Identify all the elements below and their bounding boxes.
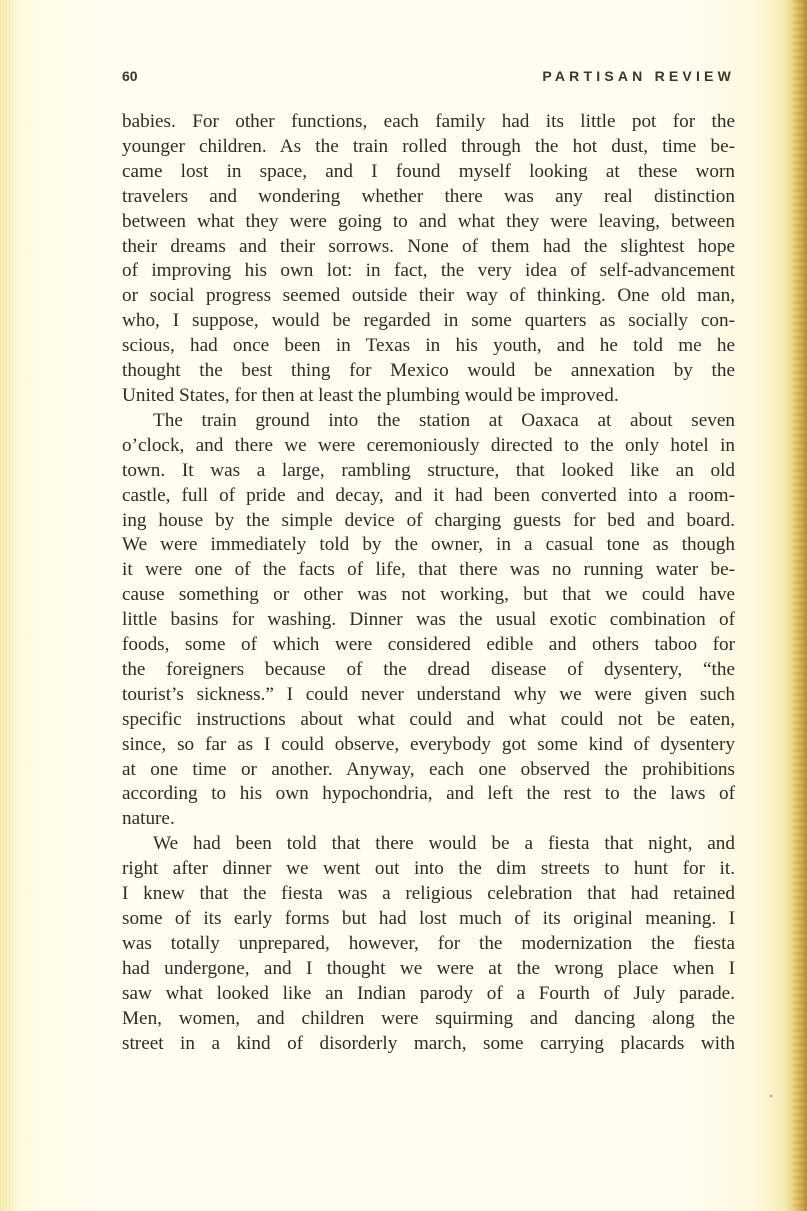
text-line: had undergone, and I thought we were at …: [122, 957, 735, 982]
text-line: The train ground into the station at Oax…: [122, 409, 735, 434]
paper-speck: [770, 1095, 772, 1097]
page-left-edge: [0, 0, 14, 1211]
text-line: I knew that the fiesta was a religious c…: [122, 882, 735, 907]
text-line: babies. For other functions, each family…: [122, 110, 735, 135]
text-line: came lost in space, and I found myself l…: [122, 160, 735, 185]
text-line: right after dinner we went out into the …: [122, 857, 735, 882]
text-line: o’clock, and there we were ceremoniously…: [122, 434, 735, 459]
text-line: United States, for then at least the plu…: [122, 384, 735, 409]
text-line: cause something or other was not working…: [122, 583, 735, 608]
text-line: was totally unprepared, however, for the…: [122, 932, 735, 957]
running-head: 60 PARTISAN REVIEW: [122, 68, 735, 90]
text-line: it were one of the facts of life, that t…: [122, 558, 735, 583]
text-line: of improving his own lot: in fact, the v…: [122, 259, 735, 284]
text-line: some of its early forms but had lost muc…: [122, 907, 735, 932]
paragraph-2: The train ground into the station at Oax…: [122, 409, 735, 832]
body-text: babies. For other functions, each family…: [122, 110, 735, 1056]
text-line: ing house by the simple device of chargi…: [122, 509, 735, 534]
text-line: at one time or another. Anyway, each one…: [122, 758, 735, 783]
text-line: street in a kind of disorderly march, so…: [122, 1032, 735, 1057]
text-line: nature.: [122, 807, 735, 832]
text-line: who, I suppose, would be regarded in som…: [122, 309, 735, 334]
text-line: castle, full of pride and decay, and it …: [122, 484, 735, 509]
text-line: tourist’s sickness.” I could never under…: [122, 683, 735, 708]
paragraph-3: We had been told that there would be a f…: [122, 832, 735, 1056]
text-line: younger children. As the train rolled th…: [122, 135, 735, 160]
text-line: thought the best thing for Mexico would …: [122, 359, 735, 384]
text-line: between what they were going to and what…: [122, 210, 735, 235]
text-line: the foreigners because of the dread dise…: [122, 658, 735, 683]
text-line: Men, women, and children were squirming …: [122, 1007, 735, 1032]
text-line: foods, some of which were considered edi…: [122, 633, 735, 658]
page-number: 60: [122, 68, 138, 84]
text-line: little basins for washing. Dinner was th…: [122, 608, 735, 633]
text-line: saw what looked like an Indian parody of…: [122, 982, 735, 1007]
text-line: since, so far as I could observe, everyb…: [122, 733, 735, 758]
page-right-edge: [793, 0, 807, 1211]
text-line: according to his own hypochondria, and l…: [122, 782, 735, 807]
text-line: specific instructions about what could a…: [122, 708, 735, 733]
journal-title: PARTISAN REVIEW: [542, 68, 735, 84]
paragraph-1: babies. For other functions, each family…: [122, 110, 735, 409]
text-line: scious, had once been in Texas in his yo…: [122, 334, 735, 359]
text-line: or social progress seemed outside their …: [122, 284, 735, 309]
text-line: travelers and wondering whether there wa…: [122, 185, 735, 210]
text-line: We had been told that there would be a f…: [122, 832, 735, 857]
text-line: town. It was a large, rambling structure…: [122, 459, 735, 484]
text-line: We were immediately told by the owner, i…: [122, 533, 735, 558]
text-line: their dreams and their sorrows. None of …: [122, 235, 735, 260]
